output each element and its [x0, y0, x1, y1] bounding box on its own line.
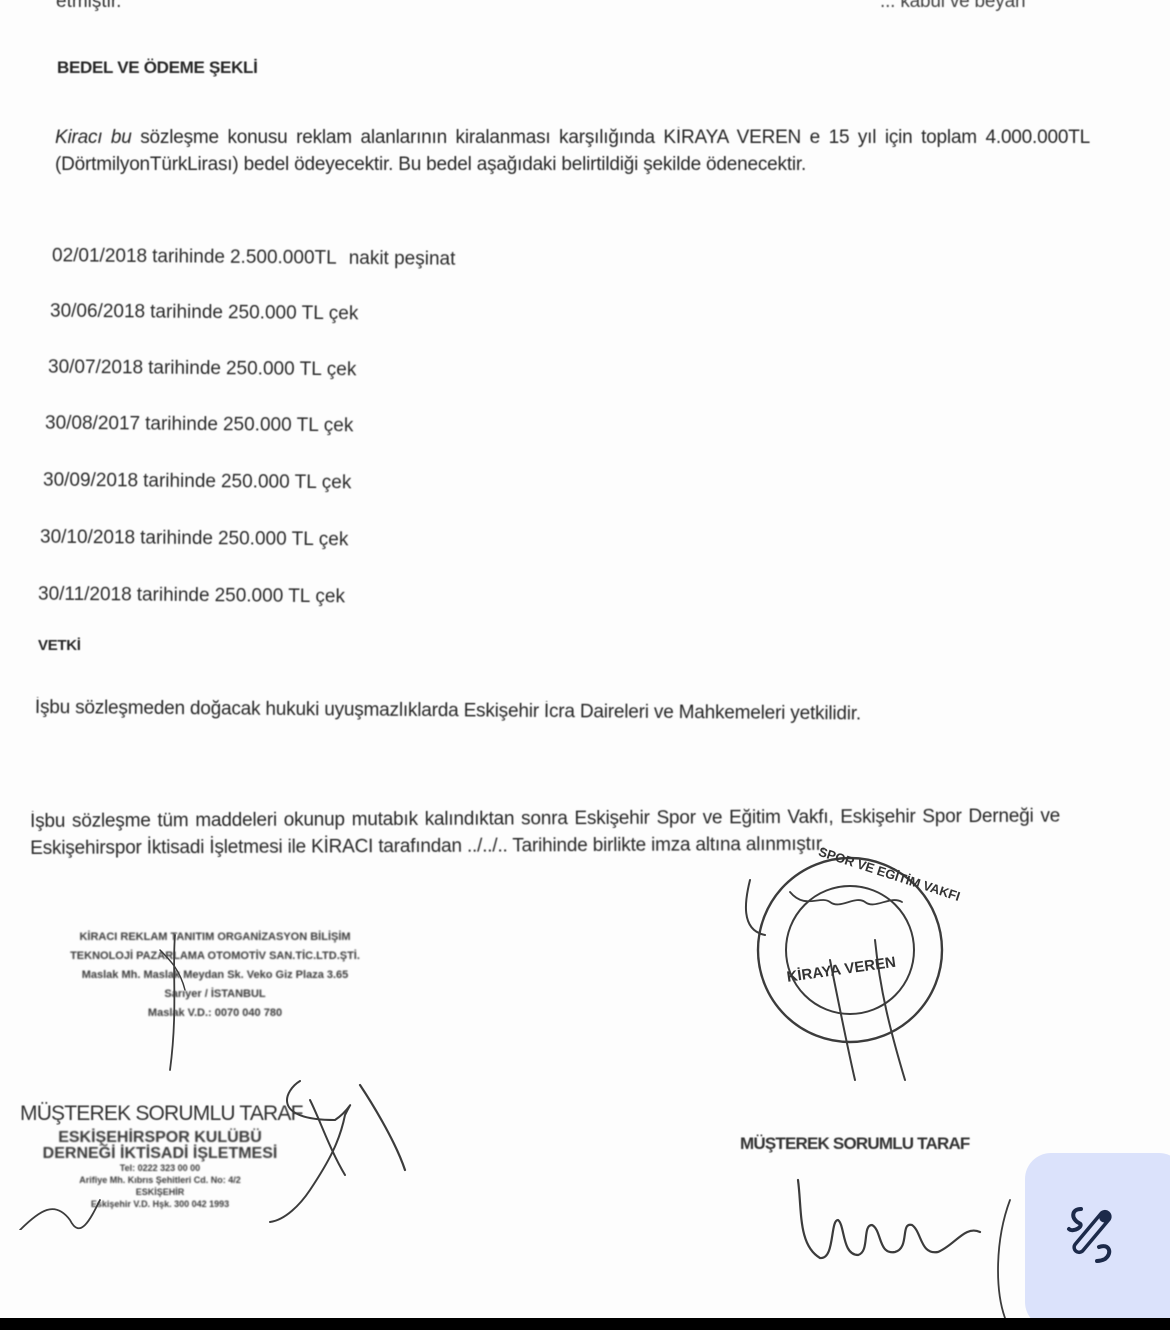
tenant-stamp-line: TEKNOLOJİ PAZARLAMA OTOMOTİV SAN.TİC.LTD…	[25, 947, 405, 966]
payment-word: tarihinde	[145, 414, 218, 436]
tenant-stamp-line: Maslak V.D.: 0070 040 780	[25, 1004, 405, 1023]
payment-paragraph-body: sözleşme konusu reklam alanlarının kiral…	[55, 127, 1090, 175]
tenant-company-stamp: KİRACI REKLAM TANITIM ORGANİZASYON BİLİŞ…	[25, 928, 405, 1023]
payment-row: 30/09/2018tarihinde250.000 TLçek	[43, 470, 352, 495]
cut-off-line-right: ... kabul ve beyan	[880, 0, 1025, 13]
payment-amount: 250.000 TL	[223, 414, 319, 436]
payment-type: çek	[324, 415, 354, 436]
payment-row: 02/01/2018tarihinde2.500.000TLnakit peşi…	[52, 245, 456, 271]
document-page: etmiştir. ... kabul ve beyan BEDEL VE ÖD…	[0, 0, 1170, 1318]
sign-document-fab[interactable]	[1025, 1153, 1170, 1328]
payment-word: tarihinde	[140, 528, 213, 550]
payment-row: 30/11/2018tarihinde250.000 TLçek	[38, 584, 345, 609]
authority-paragraph: İşbu sözleşmeden doğacak hukuki uyuşmazl…	[35, 697, 861, 725]
payment-amount: 250.000 TL	[214, 585, 310, 607]
payment-amount: 250.000 TL	[221, 471, 317, 493]
bottom-system-bar	[0, 1318, 1170, 1330]
cut-off-line-left: etmiştir.	[56, 0, 121, 13]
payment-row: 30/10/2018tarihinde250.000 TLçek	[40, 527, 349, 552]
payment-word: tarihinde	[148, 358, 221, 380]
payment-date: 30/09/2018	[43, 470, 138, 492]
payment-type: çek	[322, 472, 352, 493]
payment-amount: 2.500.000TL	[230, 247, 337, 269]
payment-type: çek	[319, 529, 349, 550]
payment-word: tarihinde	[152, 246, 225, 268]
payment-amount: 250.000 TL	[226, 358, 322, 380]
section-heading-authority: VETKİ	[38, 637, 81, 654]
payment-amount: 250.000 TL	[228, 302, 324, 324]
payment-paragraph: Kiracı bu sözleşme konusu reklam alanlar…	[55, 124, 1090, 178]
signature-pen-icon	[1059, 1203, 1123, 1267]
payment-date: 30/06/2018	[50, 301, 145, 323]
payment-date: 30/11/2018	[38, 584, 132, 606]
payment-type: çek	[329, 303, 359, 324]
payment-word: tarihinde	[143, 471, 216, 493]
payment-row: 30/06/2018tarihinde250.000 TLçek	[50, 301, 359, 326]
section-heading-payment: BEDEL VE ÖDEME ŞEKLİ	[57, 58, 258, 78]
payment-date: 02/01/2018	[52, 245, 147, 267]
payment-type: çek	[315, 586, 345, 607]
tenant-signature	[150, 930, 210, 1080]
payment-word: tarihinde	[150, 302, 223, 324]
tenant-stamp-line: KİRACI REKLAM TANITIM ORGANİZASYON BİLİŞ…	[25, 928, 405, 947]
payment-date: 30/08/2017	[45, 413, 140, 435]
payment-amount: 250.000 TL	[218, 528, 314, 550]
right-party-title: MÜŞTEREK SORUMLU TARAF	[740, 1134, 970, 1154]
tenant-stamp-line: Sarıyer / İSTANBUL	[25, 985, 405, 1004]
payment-type: çek	[327, 359, 357, 380]
left-signature	[0, 1080, 420, 1230]
payment-type: nakit peşinat	[349, 248, 456, 270]
payment-row: 30/07/2018tarihinde250.000 TLçek	[48, 357, 357, 382]
round-stamp-outer-text: SPOR VE EĞİTİM VAKFI	[817, 844, 962, 904]
payment-paragraph-lead: Kiracı bu	[55, 127, 132, 148]
lessor-round-stamp: KİRAYA VEREN SPOR VE EĞİTİM VAKFI	[730, 840, 980, 1100]
tenant-stamp-line: Maslak Mh. Maslak Meydan Sk. Veko Giz Pl…	[25, 966, 405, 985]
payment-word: tarihinde	[137, 585, 210, 607]
payment-date: 30/10/2018	[40, 527, 135, 549]
payment-date: 30/07/2018	[48, 357, 143, 379]
payment-row: 30/08/2017tarihinde250.000 TLçek	[45, 413, 354, 438]
